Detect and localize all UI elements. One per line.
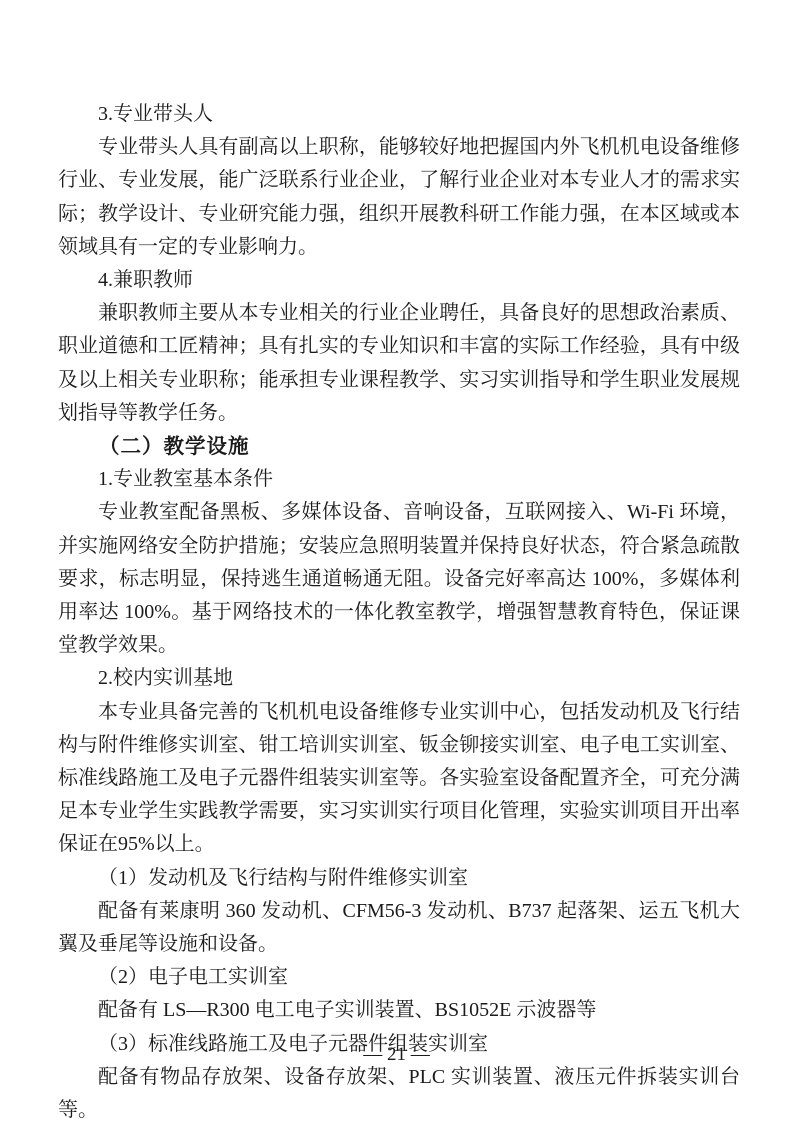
paragraph-wiring-assembly-lab: 配备有物品存放架、设备存放架、PLC 实训装置、液压元件拆装实训台等。 <box>58 1061 740 1122</box>
heading-campus-training-base: 2.校内实训基地 <box>58 662 740 695</box>
paragraph-part-time-teachers: 兼职教师主要从本专业相关的行业企业聘任，具备良好的思想政治素质、职业道德和工匠精… <box>58 297 740 430</box>
heading-electronics-lab: （2）电子电工实训室 <box>58 961 740 994</box>
document-page: 3.专业带头人 专业带头人具有副高以上职称，能够较好地把握国内外飞机机电设备维修… <box>0 0 793 1122</box>
section-heading-teaching-facilities: （二）教学设施 <box>58 430 740 463</box>
page-number: — 21 — <box>0 1044 793 1066</box>
paragraph-engine-structure-lab: 配备有莱康明 360 发动机、CFM56-3 发动机、B737 起落架、运五飞机… <box>58 895 740 961</box>
heading-engine-structure-lab: （1）发动机及飞行结构与附件维修实训室 <box>58 862 740 895</box>
paragraph-classroom-conditions: 专业教室配备黑板、多媒体设备、音响设备，互联网接入、Wi-Fi 环境，并实施网络… <box>58 496 740 662</box>
heading-part-time-teachers: 4.兼职教师 <box>58 264 740 297</box>
paragraph-electronics-lab: 配备有 LS—R300 电工电子实训装置、BS1052E 示波器等 <box>58 994 740 1027</box>
paragraph-campus-training-base: 本专业具备完善的飞机机电设备维修专业实训中心，包括发动机及飞行结构与附件维修实训… <box>58 696 740 862</box>
paragraph-professional-leader: 专业带头人具有副高以上职称，能够较好地把握国内外飞机机电设备维修行业、专业发展，… <box>58 131 740 264</box>
heading-professional-leader: 3.专业带头人 <box>58 98 740 131</box>
heading-classroom-conditions: 1.专业教室基本条件 <box>58 463 740 496</box>
